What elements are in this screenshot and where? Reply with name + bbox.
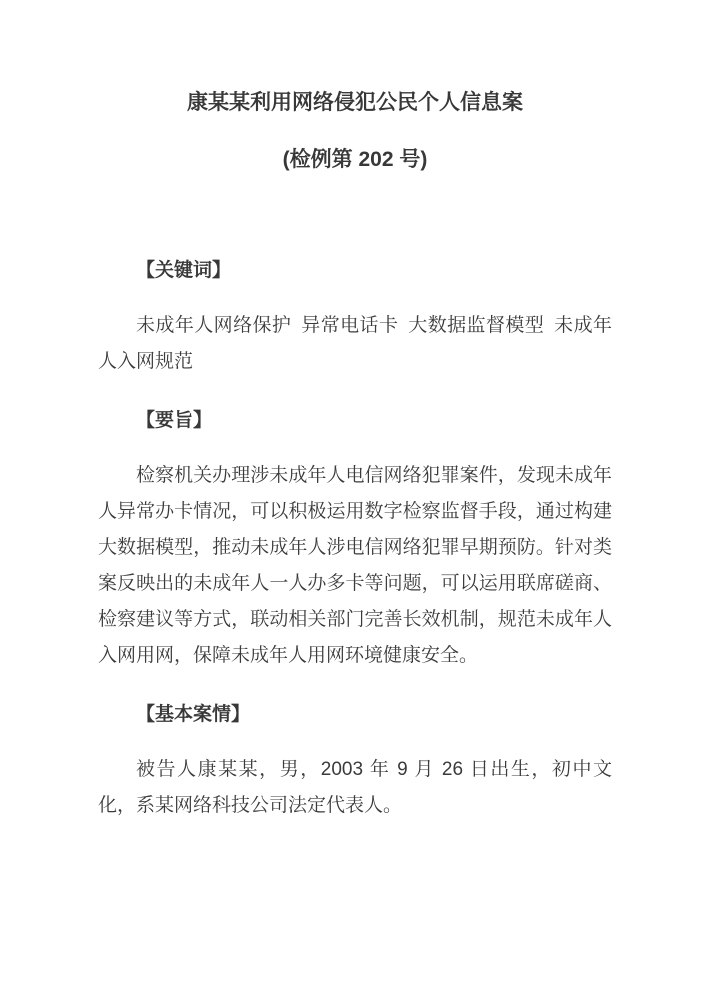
- keywords-list-text: 未成年人网络保护 异常电话卡 大数据监督模型 未成年人入网规范: [98, 308, 612, 380]
- document-page: 康某某利用网络侵犯公民个人信息案 (检例第 202 号) 【关键词】 未成年人网…: [0, 0, 707, 999]
- section-keywords: 【关键词】 未成年人网络保护 异常电话卡 大数据监督模型 未成年人入网规范: [98, 253, 612, 380]
- keywords-section-heading: 【关键词】: [98, 253, 612, 289]
- abstract-paragraph: 检察机关办理涉未成年人电信网络犯罪案件，发现未成年人异常办卡情况，可以积极运用数…: [98, 458, 612, 674]
- document-case-number: (检例第 202 号): [98, 145, 612, 175]
- section-abstract: 【要旨】 检察机关办理涉未成年人电信网络犯罪案件，发现未成年人异常办卡情况，可以…: [98, 403, 612, 674]
- document-title: 康某某利用网络侵犯公民个人信息案: [98, 88, 612, 118]
- basic-facts-paragraph: 被告人康某某，男，2003 年 9 月 26 日出生，初中文化，系某网络科技公司…: [98, 752, 612, 824]
- basic-facts-section-heading: 【基本案情】: [98, 697, 612, 733]
- section-basic-facts: 【基本案情】 被告人康某某，男，2003 年 9 月 26 日出生，初中文化，系…: [98, 697, 612, 824]
- abstract-section-heading: 【要旨】: [98, 403, 612, 439]
